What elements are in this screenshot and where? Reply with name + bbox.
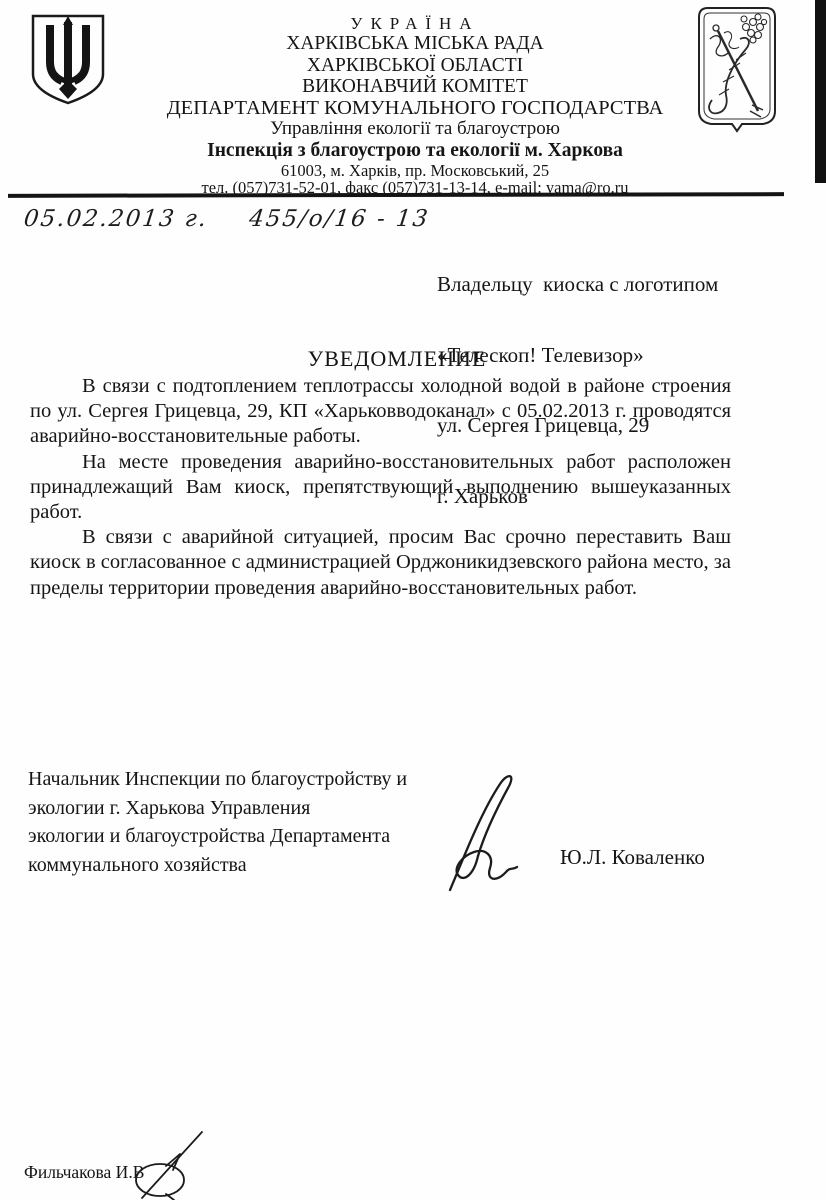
notice-title: УВЕДОМЛЕНИЕ	[0, 346, 794, 372]
letterhead-country: УКРАЇНА	[118, 15, 712, 33]
reference-number: 455/о/16 - 13	[248, 206, 431, 232]
recipient-line: Владельцу киоска с логотипом	[437, 273, 777, 297]
reference-line: 05.02.2013 г. 455/о/16 - 13	[22, 206, 425, 232]
notice-body: В связи с подтоплением теплотрассы холод…	[30, 374, 731, 601]
letterhead-inspection: Інспекція з благоустрою та екології м. Х…	[118, 140, 712, 161]
letterhead-committee: ВИКОНАВЧИЙ КОМІТЕТ	[118, 76, 712, 97]
letterhead-region: ХАРКІВСЬКОЇ ОБЛАСТІ	[118, 55, 712, 76]
reference-date: 05.02.2013 г.	[22, 206, 209, 232]
scanned-letter-page: УКРАЇНА ХАРКІВСЬКА МІСЬКА РАДА ХАРКІВСЬК…	[0, 0, 826, 1200]
letterhead-department: ДЕПАРТАМЕНТ КОМУНАЛЬНОГО ГОСПОДАРСТВА	[60, 97, 770, 119]
body-paragraph: В связи с подтоплением теплотрассы холод…	[30, 374, 731, 450]
signatory-signature-icon	[428, 762, 528, 897]
scan-artifact-bar	[815, 0, 826, 183]
signatory-name: Ю.Л. Коваленко	[560, 845, 705, 870]
body-paragraph: На месте проведения аварийно-восстановит…	[30, 450, 731, 526]
body-paragraph: В связи с аварийной ситуацией, просим Ва…	[30, 525, 731, 601]
letterhead-city-council: ХАРКІВСЬКА МІСЬКА РАДА	[118, 33, 712, 54]
executor-signature-icon	[122, 1128, 232, 1200]
letterhead-divider-rule	[8, 192, 784, 198]
letterhead-division: Управління екології та благоустрою	[118, 119, 712, 140]
ukraine-trident-icon	[28, 12, 108, 106]
